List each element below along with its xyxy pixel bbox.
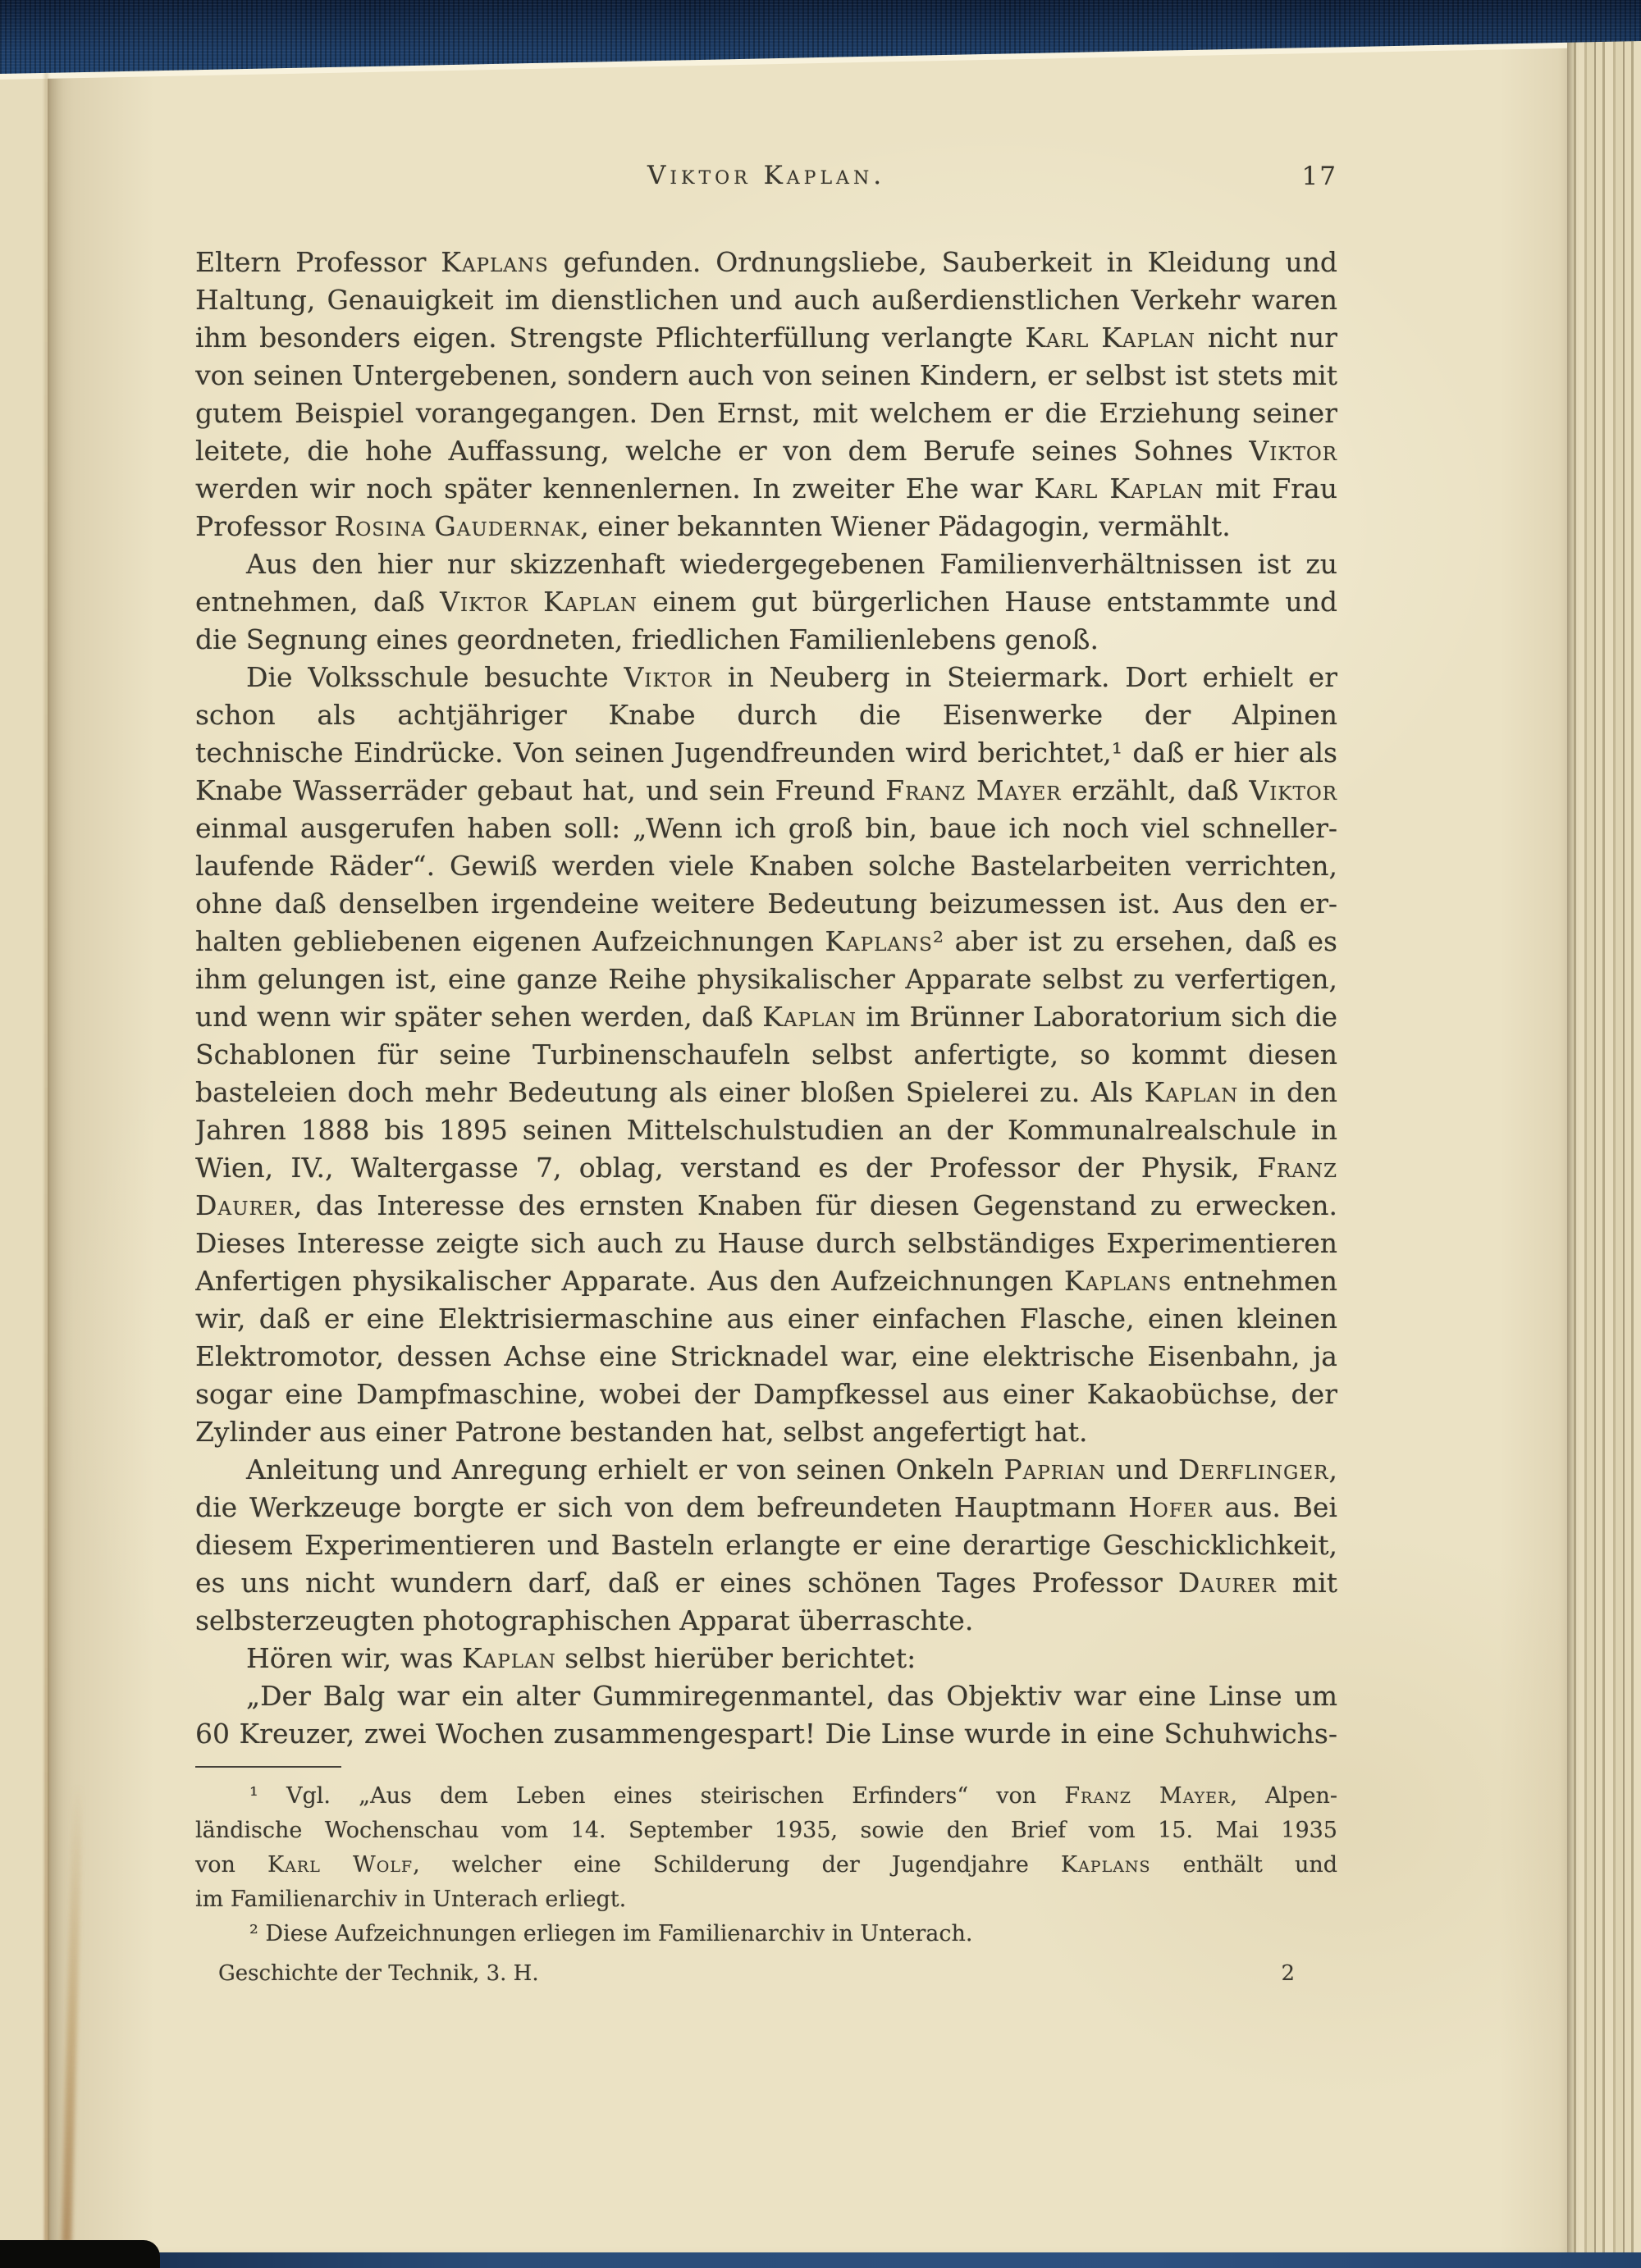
text-line: Dieses Interesse zeigte sich auch zu Hau… [195, 1225, 1337, 1262]
text-line: Eltern Professor Kaplans gefunden. Ordnu… [195, 244, 1337, 281]
small-caps-name: Kaplan [762, 1001, 857, 1033]
text-flow: Eltern Professor Kaplans gefunden. Ordnu… [195, 244, 1337, 1986]
small-caps-name: Daurer [195, 1189, 294, 1221]
text-line: Aus den hier nur skizzenhaft wiedergegeb… [195, 545, 1337, 583]
paragraph: Die Volksschule besuchte Viktor in Neube… [195, 659, 1337, 1451]
text-line: schon als achtjähriger Knabe durch die E… [195, 696, 1337, 734]
text-line: Haltung, Genauigkeit im dienstlichen und… [195, 281, 1337, 319]
small-caps-name: Hofer [1128, 1491, 1213, 1523]
small-caps-name: Kaplans [441, 246, 549, 278]
small-caps-name: Daurer [1178, 1567, 1277, 1599]
small-caps-name: Kaplans [825, 925, 933, 957]
small-caps-name: Franz [1257, 1152, 1337, 1184]
book-scan-photo: Viktor Kaplan. 17 Eltern Professor Kapla… [0, 0, 1641, 2268]
text-line: im Familienarchiv in Unterach erliegt. [195, 1882, 1337, 1917]
running-title: Viktor Kaplan. [195, 161, 1337, 190]
text-line: Schablonen für seine Turbinenschaufeln s… [195, 1036, 1337, 1074]
small-caps-name: Karl [267, 1852, 321, 1878]
body-text: Eltern Professor Kaplans gefunden. Ordnu… [195, 244, 1337, 1753]
small-caps-name: Mayer [1159, 1783, 1230, 1809]
text-line: diesem Experimentieren und Basteln erlan… [195, 1526, 1337, 1564]
text-line: basteleien doch mehr Bedeutung als einer… [195, 1074, 1337, 1111]
text-line: von seinen Untergebenen, sondern auch vo… [195, 357, 1337, 395]
binding-cloth-bottom [0, 2252, 1641, 2268]
gutter-fold-line [44, 49, 48, 2268]
text-line: sogar eine Dampfmaschine, wobei der Damp… [195, 1376, 1337, 1413]
small-caps-name: Gaudernak [434, 510, 580, 542]
text-line: von Karl Wolf, welcher eine Schilderung … [195, 1848, 1337, 1882]
small-caps-name: Kaplan [462, 1642, 556, 1674]
text-line: die Werkzeuge borgte er sich von dem bef… [195, 1489, 1337, 1526]
small-caps-name: Derflinger [1178, 1453, 1329, 1485]
text-line: 60 Kreuzer, zwei Wochen zusammengespart!… [195, 1715, 1337, 1753]
paragraph: Aus den hier nur skizzenhaft wiedergegeb… [195, 545, 1337, 659]
paragraph: Hören wir, was Kaplan selbst hierüber be… [195, 1640, 1337, 1677]
text-line: Jahren 1888 bis 1895 seinen Mittelschuls… [195, 1111, 1337, 1149]
small-caps-name: Mayer [976, 774, 1062, 806]
text-line: Wien, IV., Waltergasse 7, oblag, verstan… [195, 1149, 1337, 1187]
small-caps-name: Kaplan [1101, 322, 1195, 354]
paragraph: ¹ Vgl. „Aus dem Leben eines steirischen … [195, 1779, 1337, 1917]
small-caps-name: Kaplans [1064, 1265, 1172, 1297]
paragraph: Anleitung und Anregung erhielt er von se… [195, 1451, 1337, 1640]
small-caps-name: Paprian [1003, 1453, 1105, 1485]
text-line: einmal ausgerufen haben soll: „Wenn ich … [195, 810, 1337, 847]
footnote-separator-rule [195, 1766, 341, 1768]
small-caps-name: Karl [1025, 322, 1089, 354]
small-caps-name: Kaplan [1145, 1076, 1239, 1108]
text-line: halten gebliebenen eigenen Aufzeichnunge… [195, 923, 1337, 961]
text-line: ihm besonders eigen. Strengste Pflichter… [195, 319, 1337, 357]
page-header: Viktor Kaplan. 17 [195, 161, 1337, 190]
paragraph: ² Diese Aufzeichnungen erliegen im Famil… [195, 1917, 1337, 1951]
small-caps-name: Viktor [1249, 435, 1337, 467]
fore-edge-page-stack [1567, 33, 1641, 2260]
small-caps-name: Kaplan [1109, 472, 1204, 504]
text-line: selbsterzeugten photographischen Apparat… [195, 1602, 1337, 1640]
text-line: Anleitung und Anregung erhielt er von se… [195, 1451, 1337, 1489]
text-line: ohne daß denselben irgendeine weitere Be… [195, 885, 1337, 923]
small-caps-name: Viktor [1249, 774, 1337, 806]
text-line: ² Diese Aufzeichnungen erliegen im Famil… [195, 1917, 1337, 1951]
small-caps-name: Karl [1034, 472, 1098, 504]
text-line: Elektromotor, dessen Achse eine Strickna… [195, 1338, 1337, 1376]
text-line: wir, daß er eine Elektrisiermaschine aus… [195, 1300, 1337, 1338]
page-number: 17 [1302, 162, 1337, 191]
small-caps-name: Wolf [353, 1852, 413, 1878]
small-caps-name: Franz [885, 774, 966, 806]
footnotes: ¹ Vgl. „Aus dem Leben eines steirischen … [195, 1779, 1337, 1951]
text-line: leitete, die hohe Auffassung, welche er … [195, 432, 1337, 470]
text-line: Anfertigen physikalischer Apparate. Aus … [195, 1262, 1337, 1300]
small-caps-name: Kaplan [543, 586, 638, 618]
small-caps-name: Rosina [335, 510, 426, 542]
text-line: Zylinder aus einer Patrone bestanden hat… [195, 1413, 1337, 1451]
text-line: und wenn wir später sehen werden, daß Ka… [195, 998, 1337, 1036]
small-caps-name: Kaplans [1061, 1852, 1151, 1878]
text-line: Die Volksschule besuchte Viktor in Neube… [195, 659, 1337, 696]
bottom-left-shadow [0, 2240, 160, 2268]
text-line: Professor Rosina Gaudernak, einer bekann… [195, 508, 1337, 545]
text-line: Daurer, das Interesse des ernsten Knaben… [195, 1187, 1337, 1225]
small-caps-name: Viktor [624, 661, 712, 693]
text-line: gutem Beispiel vorangegangen. Den Ernst,… [195, 395, 1337, 432]
text-line: laufende Räder“. Gewiß werden viele Knab… [195, 847, 1337, 885]
text-line: „Der Balg war ein alter Gummiregenmantel… [195, 1677, 1337, 1715]
text-line: werden wir noch später kennenlernen. In … [195, 470, 1337, 508]
text-line: ihm gelungen ist, eine ganze Reihe physi… [195, 961, 1337, 998]
series-title: Geschichte der Technik, 3. H. [195, 1961, 539, 1986]
text-line: entnehmen, daß Viktor Kaplan einem gut b… [195, 583, 1337, 621]
text-line: es uns nicht wundern darf, daß er eines … [195, 1564, 1337, 1602]
text-line: ländische Wochenschau vom 14. September … [195, 1814, 1337, 1848]
small-caps-name: Franz [1064, 1783, 1131, 1809]
text-line: Knabe Wasserräder gebaut hat, und sein F… [195, 772, 1337, 810]
text-line: ¹ Vgl. „Aus dem Leben eines steirischen … [195, 1779, 1337, 1814]
signature-line: Geschichte der Technik, 3. H. 2 [195, 1961, 1337, 1986]
small-caps-name: Viktor [440, 586, 528, 618]
text-line: Hören wir, was Kaplan selbst hierüber be… [195, 1640, 1337, 1677]
signature-mark: 2 [1281, 1961, 1295, 1986]
text-line: technische Eindrücke. Von seinen Jugendf… [195, 734, 1337, 772]
paragraph: Eltern Professor Kaplans gefunden. Ordnu… [195, 244, 1337, 545]
text-line: die Segnung eines geordneten, friedliche… [195, 621, 1337, 659]
paragraph: „Der Balg war ein alter Gummiregenmantel… [195, 1677, 1337, 1753]
